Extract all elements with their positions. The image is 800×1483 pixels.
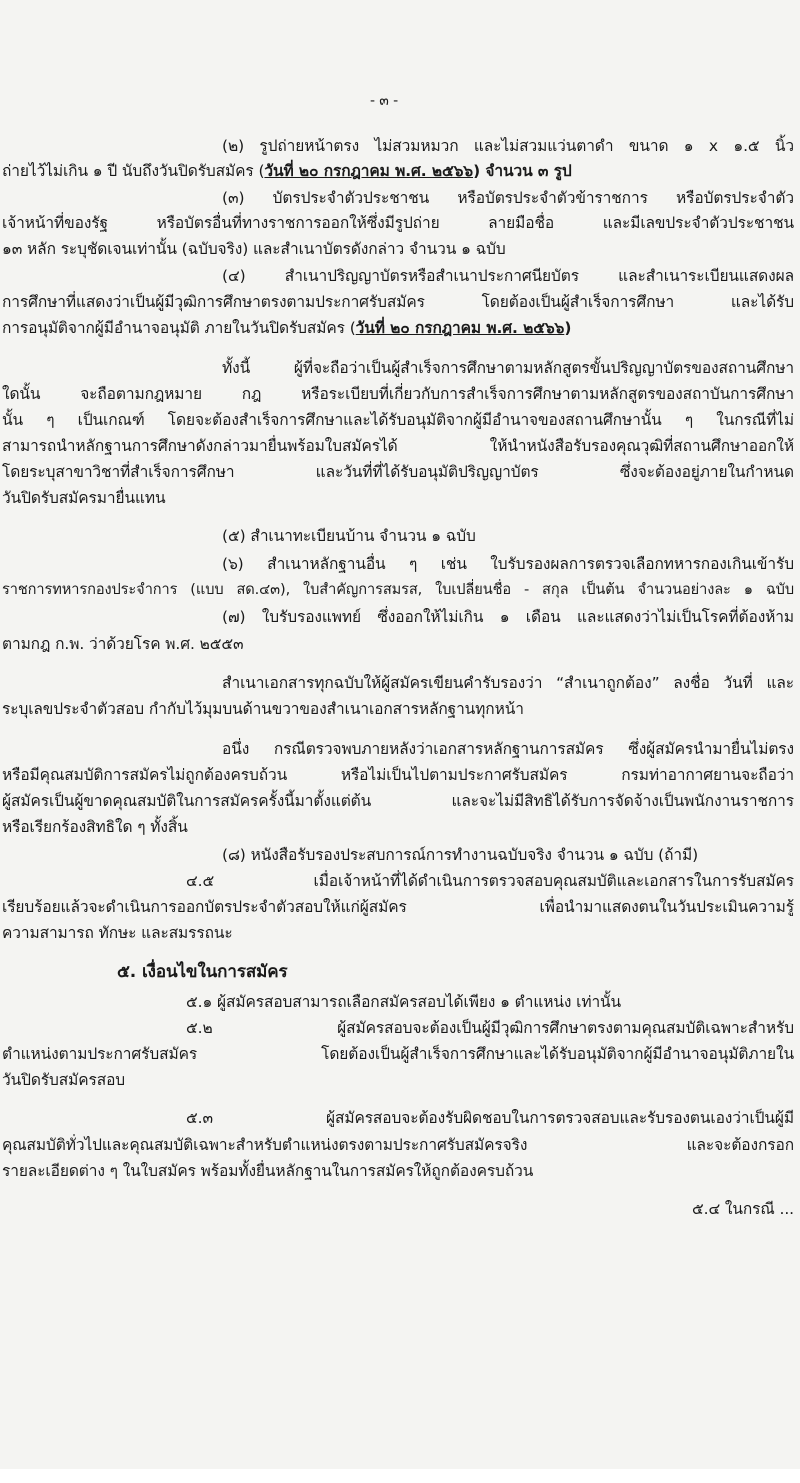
document-page: - ๓ - (๒) รูปถ่ายหน้าตรง ไม่สวมหมวก และไ…	[0, 0, 800, 1483]
item-experience: (๘) หนังสือรับรองประสบการณ์การทำงานฉบับจ…	[222, 844, 698, 866]
text: ถ่ายไว้ไม่เกิน ๑ ปี นับถึงวันปิดรับสมัคร…	[2, 162, 264, 180]
item-medical-line2: ตามกฎ ก.พ. ว่าด้วยโรค พ.ศ. ๒๕๕๓	[2, 633, 244, 655]
item-house-registration: (๕) สำเนาทะเบียนบ้าน จำนวน ๑ ฉบับ	[222, 525, 476, 547]
section-4-5-line3: ความสามารถ ทักษะ และสมรรถนะ	[2, 922, 233, 944]
text: )	[564, 319, 571, 337]
section-5-2-line2: ตำแหน่งตามประกาศรับสมัคร โดยต้องเป็นผู้ส…	[2, 1043, 794, 1065]
item-idcard-line1: (๓) บัตรประจำตัวประชาชน หรือบัตรประจำตัว…	[222, 187, 794, 209]
item-idcard-line2: เจ้าหน้าที่ของรัฐ หรือบัตรอื่นที่ทางราชก…	[2, 212, 794, 234]
item-other-docs-line2: ราชการทหารกองประจำการ (แบบ สด.๔๓), ใบสำค…	[2, 579, 794, 601]
graduation-note-line: ทั้งนี้ ผู้ที่จะถือว่าเป็นผู้สำเร็จการศึ…	[222, 357, 794, 379]
certify-copy-line1: สำเนาเอกสารทุกฉบับให้ผู้สมัครเขียนคำรับร…	[222, 672, 794, 694]
section-5-3-line2: คุณสมบัติทั่วไปและคุณสมบัติเฉพาะสำหรับตำ…	[2, 1134, 794, 1156]
section-4-5-line2: เรียบร้อยแล้วจะดำเนินการออกบัตรประจำตัวส…	[2, 896, 794, 918]
disqualify-note-line: อนึ่ง กรณีตรวจพบภายหลังว่าเอกสารหลักฐานก…	[222, 738, 794, 760]
graduation-note-line: โดยระบุสาขาวิชาที่สำเร็จการศึกษา และวันท…	[2, 461, 794, 483]
deadline-date: วันที่ ๒๐ กรกฎาคม พ.ศ. ๒๕๖๖	[356, 319, 565, 337]
item-idcard-line3: ๑๓ หลัก ระบุชัดเจนเท่านั้น (ฉบับจริง) แล…	[2, 238, 506, 260]
text: การอนุมัติจากผู้มีอำนาจอนุมัติ ภายในวันป…	[2, 319, 356, 337]
graduation-note-line: วันปิดรับสมัครมายื่นแทน	[2, 487, 165, 509]
item-photo-line1: (๒) รูปถ่ายหน้าตรง ไม่สวมหมวก และไม่สวมแ…	[222, 135, 794, 157]
deadline-date: วันที่ ๒๐ กรกฎาคม พ.ศ. ๒๕๖๖	[264, 162, 473, 180]
continuation-marker: ๕.๔ ในกรณี ...	[692, 1198, 794, 1220]
page-number: - ๓ -	[370, 90, 398, 112]
item-medical-line1: (๗) ใบรับรองแพทย์ ซึ่งออกให้ไม่เกิน ๑ เด…	[222, 606, 794, 628]
section-5-3-line3: รายละเอียดต่าง ๆ ในใบสมัคร พร้อมทั้งยื่น…	[2, 1160, 533, 1182]
graduation-note-line: สามารถนำหลักฐานการศึกษาดังกล่าวมายื่นพร้…	[2, 435, 794, 457]
disqualify-note-line: หรือมีคุณสมบัติการสมัครไม่ถูกต้องครบถ้วน…	[2, 764, 794, 786]
item-other-docs-line1: (๖) สำเนาหลักฐานอื่น ๆ เช่น ใบรับรองผลกา…	[222, 553, 794, 575]
disqualify-note-line: หรือเรียกร้องสิทธิใด ๆ ทั้งสิ้น	[2, 816, 188, 838]
item-degree-line1: (๔) สำเนาปริญญาบัตรหรือสำเนาประกาศนียบัต…	[222, 265, 794, 287]
disqualify-note-line: ผู้สมัครเป็นผู้ขาดคุณสมบัติในการสมัครครั…	[2, 790, 794, 812]
section-5-2-line3: วันปิดรับสมัครสอบ	[2, 1069, 125, 1091]
item-degree-line3: การอนุมัติจากผู้มีอำนาจอนุมัติ ภายในวันป…	[2, 317, 571, 339]
section-5-heading: ๕. เงื่อนไขในการสมัคร	[117, 961, 288, 983]
section-5-3-line1: ๕.๓ ผู้สมัครสอบจะต้องรับผิดชอบในการตรวจส…	[186, 1107, 794, 1129]
text: ) จำนวน ๓ รูป	[473, 162, 572, 180]
item-degree-line2: การศึกษาที่แสดงว่าเป็นผู้มีวุฒิการศึกษาต…	[2, 291, 794, 313]
section-4-5-line1: ๔.๕ เมื่อเจ้าหน้าที่ได้ดำเนินการตรวจสอบค…	[186, 870, 794, 892]
section-5-2-line1: ๕.๒ ผู้สมัครสอบจะต้องเป็นผู้มีวุฒิการศึก…	[186, 1017, 794, 1039]
section-5-1: ๕.๑ ผู้สมัครสอบสามารถเลือกสมัครสอบได้เพี…	[186, 991, 621, 1013]
graduation-note-line: ใดนั้น จะถือตามกฎหมาย กฎ หรือระเบียบที่เ…	[2, 383, 794, 405]
graduation-note-line: นั้น ๆ เป็นเกณฑ์ โดยจะต้องสำเร็จการศึกษา…	[2, 409, 794, 431]
item-photo-line2: ถ่ายไว้ไม่เกิน ๑ ปี นับถึงวันปิดรับสมัคร…	[2, 160, 572, 182]
certify-copy-line2: ระบุเลขประจำตัวสอบ กำกับไว้มุมบนด้านขวาข…	[2, 698, 524, 720]
page-bottom-margin	[0, 1469, 800, 1483]
